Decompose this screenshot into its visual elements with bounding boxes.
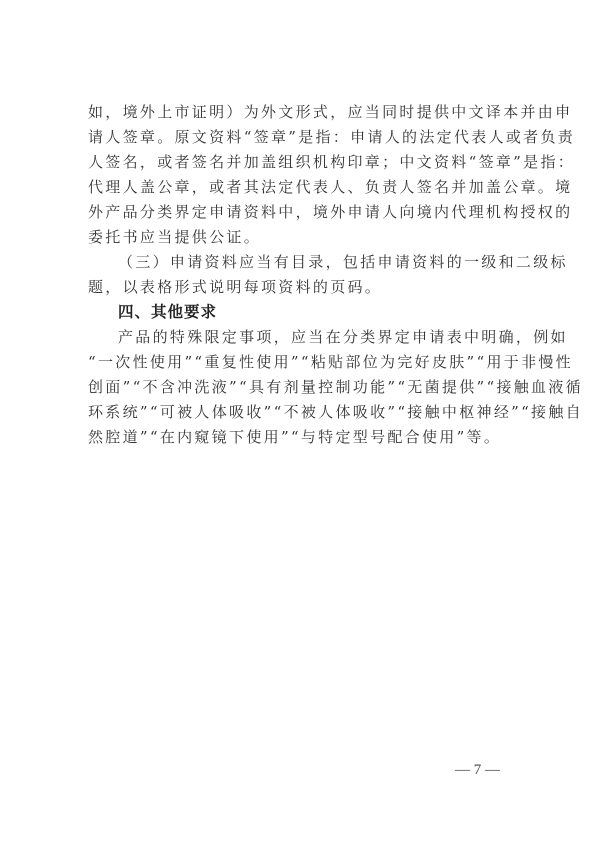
page-number: — 7 — (455, 762, 500, 779)
text-line: 委托书应当提供公证。 (88, 225, 528, 250)
text-line: 请人签章。原文资料“签章”是指：申请人的法定代表人或者负责 (88, 125, 528, 150)
section-heading: 四、其他要求 (118, 300, 217, 325)
document-page: 如，境外上市证明）为外文形式，应当同时提供中文译本并由申 请人签章。原文资料“签… (0, 0, 600, 848)
text-line: 产品的特殊限定事项，应当在分类界定申请表中明确，例如 (118, 325, 528, 350)
text-line: 然腔道”“在内窥镜下使用”“与特定型号配合使用”等。 (88, 425, 528, 450)
text-line: 环系统”“可被人体吸收”“不被人体吸收”“接触中枢神经”“接触自 (88, 400, 528, 425)
text-line: 外产品分类界定申请资料中，境外申请人向境内代理机构授权的 (88, 200, 528, 225)
text-line: 创面”“不含冲洗液”“具有剂量控制功能”“无菌提供”“接触血液循 (88, 375, 528, 400)
text-line: 人签名，或者签名并加盖组织机构印章；中文资料“签章”是指： (88, 150, 528, 175)
text-line: 题，以表格形式说明每项资料的页码。 (88, 275, 528, 300)
text-line: （三）申请资料应当有目录，包括申请资料的一级和二级标 (118, 250, 528, 275)
text-line: 如，境外上市证明）为外文形式，应当同时提供中文译本并由申 (88, 100, 528, 125)
text-line: 代理人盖公章，或者其法定代表人、负责人签名并加盖公章。境 (88, 175, 528, 200)
text-line: “一次性使用”“重复性使用”“粘贴部位为完好皮肤”“用于非慢性 (88, 350, 528, 375)
